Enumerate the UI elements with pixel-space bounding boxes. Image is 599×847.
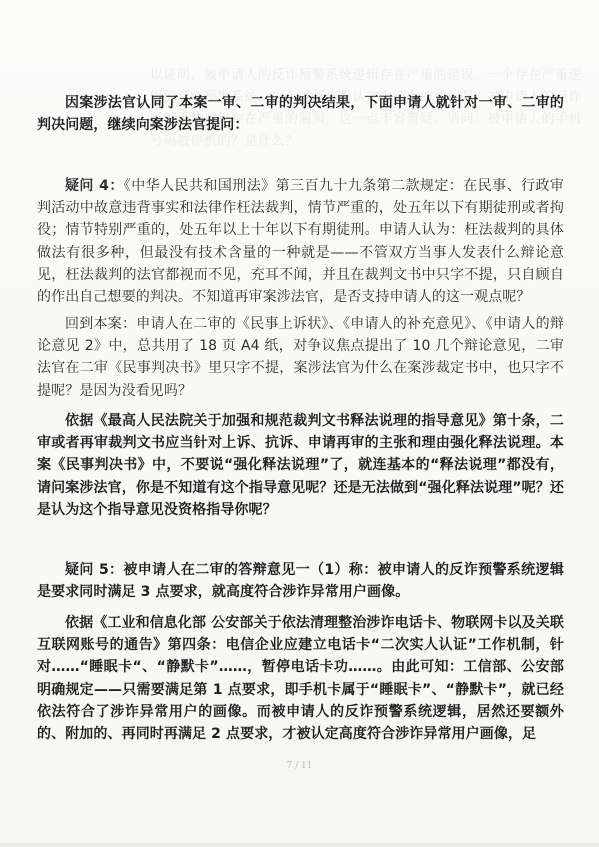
question-4-paragraph: 疑问 4：《中华人民共和国刑法》第三百九十九条第二款规定：在民事、行政审判活动中… [37, 175, 564, 308]
basis-2-text: 依据《工业和信息化部 公安部关于依法清理整治涉诈电话卡、物联网卡以及关联互联网账… [37, 615, 564, 742]
basis-1-paragraph: 依据《最高人民法院关于加强和规范裁判文书释法说理的指导意见》第十条，二审或者再审… [37, 410, 564, 521]
page-number: 7 / 11 [0, 761, 599, 771]
document-page: 以证明，被申请人的反诈预警系统逻辑存在严重的错误。一个存在严重逻辑的反诈预警系统… [0, 0, 599, 847]
back-to-case-text: 回到本案：申请人在二审的《民事上诉状》、《申请人的补充意见》、《申请人的辩论意见… [37, 316, 564, 399]
scan-bottom-edge [0, 843, 599, 847]
basis-1-text: 依据《最高人民法院关于加强和规范裁判文书释法说理的指导意见》第十条，二审或者再审… [37, 413, 564, 518]
intro-paragraph: 因案涉法官认同了本案一审、二审的判决结果，下面申请人就针对一审、二审的判决问题，… [37, 92, 564, 136]
question-4-text: 《中华人民共和国刑法》第三百九十九条第二款规定：在民事、行政审判活动中故意违背事… [37, 178, 564, 305]
basis-2-paragraph: 依据《工业和信息化部 公安部关于依法清理整治涉诈电话卡、物联网卡以及关联互联网账… [37, 612, 564, 745]
intro-text: 因案涉法官认同了本案一审、二审的判决结果，下面申请人就针对一审、二审的判决问题，… [37, 95, 564, 133]
question-5-paragraph: 疑问 5：被申请人在二审的答辩意见一（1）称：被申请人的反诈预警系统逻辑是要求同… [37, 559, 564, 603]
question-5-label: 疑问 5： [65, 562, 123, 578]
question-4-label: 疑问 4： [65, 178, 124, 194]
back-to-case-paragraph: 回到本案：申请人在二审的《民事上诉状》、《申请人的补充意见》、《申请人的辩论意见… [37, 313, 564, 402]
